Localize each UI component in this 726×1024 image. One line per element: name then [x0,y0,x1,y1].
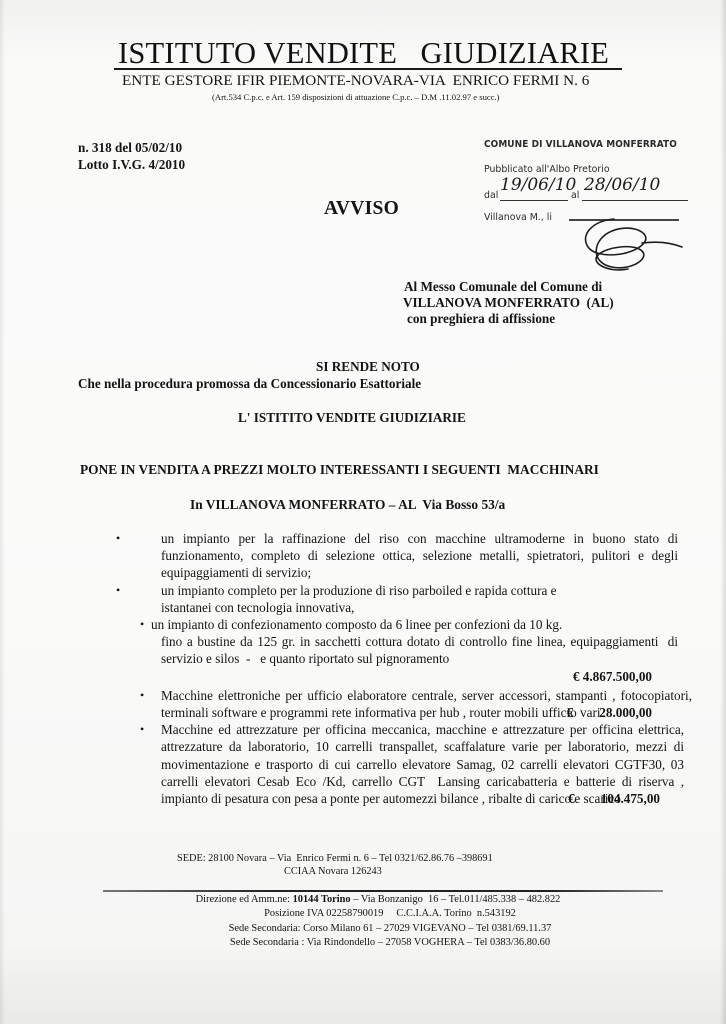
footer-direzione-city: 10144 Torino [293,894,351,905]
scan-shadow-left [0,0,5,1024]
currency-symbol: € [567,705,574,720]
item-price: €104.475,00 [568,790,660,807]
price-value: € 4.867.500,00 [573,668,652,685]
price-value: 104.475,00 [601,791,660,806]
stamp-to-date: 28/06/10 [584,175,660,195]
item-description: un impianto completo per la produzione d… [161,582,600,616]
addressee-line-3: con preghiera di affissione [407,311,614,327]
item-description: un impianto per la raffinazione del riso… [161,530,678,582]
list-item: • un impianto per la raffinazione del ri… [110,530,700,582]
footer-block: Direzione ed Amm.ne: 10144 Torino – Via … [100,893,680,951]
scan-shadow-right [720,0,726,1024]
letterhead-title: ISTITUTO VENDITE GIUDIZIARIE [118,36,609,70]
bullet-icon: • [116,582,120,599]
reference-number: n. 318 del 05/02/10 [78,139,185,156]
reference-block: n. 318 del 05/02/10 Lotto I.V.G. 4/2010 [78,139,185,173]
addressee-line-1: Al Messo Comunale del Comune di [404,279,614,295]
list-item: • un impianto completo per la produzione… [110,582,700,616]
price-value: 28.000,00 [599,705,652,720]
scanned-page: ISTITUTO VENDITE GIUDIZIARIE ENTE GESTOR… [0,0,726,1024]
letterhead-rule [114,68,622,70]
signature-icon [572,213,684,275]
machinery-list: • un impianto per la raffinazione del ri… [110,530,700,807]
footer-sede-vigevano: Sede Secondaria: Corso Milano 61 – 27029… [100,922,680,936]
bullet-icon: • [116,530,120,547]
footer-iva: Posizione IVA 02258790019 C.C.I.A.A. Tor… [100,907,680,921]
institute-line: L' ISTITITO VENDITE GIUDIZIARIE [238,410,466,426]
list-item: • Macchine elettroniche per ufficio elab… [110,687,700,721]
stamp-from-label: dal [484,190,498,201]
stamp-from-underline [500,200,568,201]
item-price: € 4.867.500,00 [161,668,678,685]
headquarters-line: SEDE: 28100 Novara – Via Enrico Fermi n.… [177,852,493,866]
letterhead-subtitle: ENTE GESTORE IFIR PIEMONTE-NOVARA-VIA EN… [122,72,589,90]
footer-rule [103,890,663,892]
bullet-icon: • [140,687,144,704]
stamp-published-label: Pubblicato all'Albo Pretorio [484,164,610,175]
list-item: • un impianto di confezionamento compost… [110,616,700,685]
list-item: • Macchine ed attrezzature per officina … [110,721,700,807]
item-price: €28.000,00 [567,704,652,721]
item-description-line-1: un impianto di confezionamento composto … [151,616,678,633]
footer-direzione-address: – Via Bonzanigo 16 – Tel.011/485.338 – 4… [351,894,561,905]
sale-location: In VILLANOVA MONFERRATO – AL Via Bosso 5… [190,497,505,513]
item-description: fino a bustine da 125 gr. in sacchetti c… [161,633,678,667]
notice-title: AVVISO [324,198,399,220]
footer-direzione: Direzione ed Amm.ne: 10144 Torino – Via … [76,893,680,907]
bullet-icon: • [140,616,144,633]
stamp-from-date: 19/06/10 [500,175,576,195]
stamp-to-label: al [571,190,579,201]
legal-reference: (Art.534 C.p.c. e Art. 159 disposizioni … [212,92,500,103]
addressee-block: Al Messo Comunale del Comune di VILLANOV… [404,279,614,327]
cciaa-line: CCIAA Novara 126243 [284,866,382,877]
procedure-line: Che nella procedura promossa da Concessi… [78,376,421,392]
footer-direzione-label: Direzione ed Amm.ne: [196,894,293,905]
stamp-heading: COMUNE DI VILLANOVA MONFERRATO [484,139,677,150]
announcement-heading: SI RENDE NOTO [316,359,420,375]
bullet-icon: • [140,721,144,738]
footer-sede-voghera: Sede Secondaria : Via Rindondello – 2705… [100,936,680,950]
currency-symbol: € [568,791,575,806]
sale-heading: PONE IN VENDITA A PREZZI MOLTO INTERESSA… [80,462,599,478]
stamp-to-underline [582,200,688,201]
addressee-line-2: VILLANOVA MONFERRATO (AL) [403,295,614,311]
lot-number: Lotto I.V.G. 4/2010 [78,156,185,173]
stamp-place-label: Villanova M., li [484,212,552,223]
